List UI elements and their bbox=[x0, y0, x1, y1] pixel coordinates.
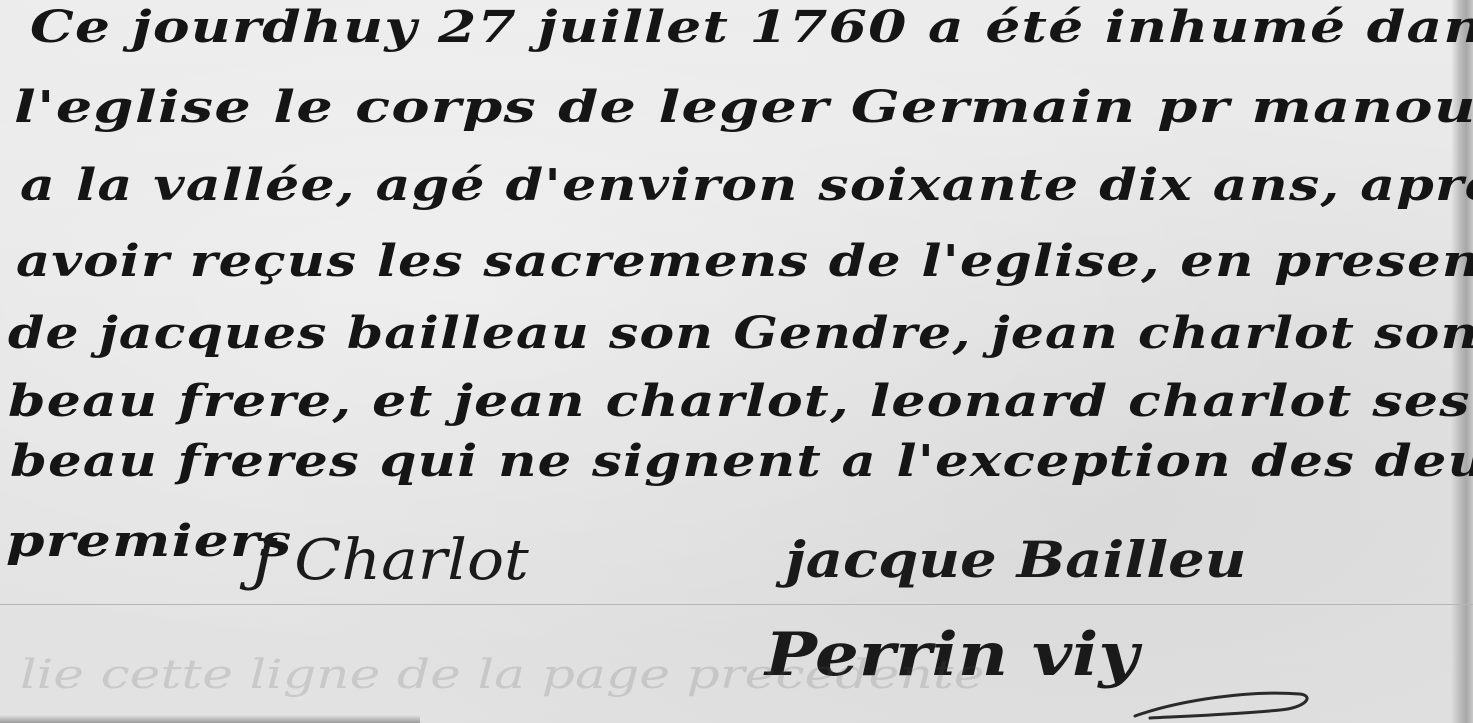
bottom-shadow bbox=[0, 715, 420, 723]
text-line-4: avoir reçus les sacremens de l'eglise, e… bbox=[16, 236, 1473, 287]
ruled-line bbox=[0, 604, 1473, 605]
text-line-5: de jacques bailleau son Gendre, jean cha… bbox=[8, 308, 1473, 359]
document-page: Ce jourdhuy 27 juillet 1760 a été inhumé… bbox=[0, 0, 1473, 723]
text-line-3: a la vallée, agé d'environ soixante dix … bbox=[20, 160, 1473, 211]
text-line-6: beau frere, et jean charlot, leonard cha… bbox=[8, 376, 1471, 427]
signature-flourish-icon bbox=[1130, 680, 1330, 720]
signature-bailleu: jacque Bailleu bbox=[785, 530, 1246, 589]
text-line-7: beau freres qui ne signent a l'exception… bbox=[10, 436, 1473, 487]
text-line-2: l'eglise le corps de leger Germain pr ma… bbox=[14, 82, 1473, 133]
text-line-1: Ce jourdhuy 27 juillet 1760 a été inhumé… bbox=[30, 2, 1473, 53]
signature-charlot: J Charlot bbox=[250, 528, 529, 593]
bleed-through-text: lie cette ligne de la page precedente bbox=[20, 652, 985, 698]
